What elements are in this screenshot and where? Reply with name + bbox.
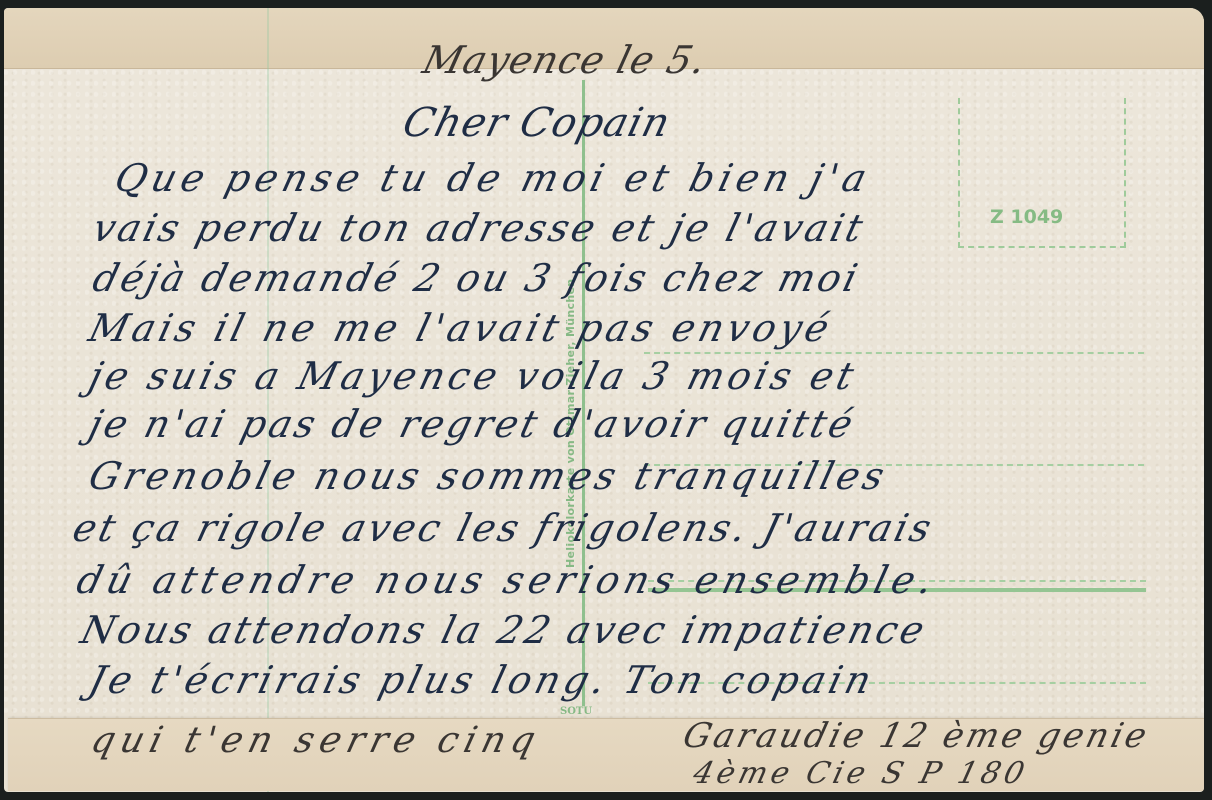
letter-line-9: dû attendre nous serions ensemble.	[73, 558, 943, 602]
letter-line-1: Que pense tu de moi et bien j'a	[111, 156, 877, 200]
signature-name: Garaudie 12 ème genie	[679, 716, 1154, 756]
letter-line-2: vais perdu ton adresse et je l'avait	[89, 206, 871, 250]
letter-line-8: et ça rigole avec les frigolens. J'aurai…	[69, 506, 939, 550]
letter-line-5: je suis a Mayence voila 3 mois et	[85, 354, 863, 398]
letter-line-11: Je t'écrirais plus long. Ton copain	[85, 658, 880, 702]
letter-line-10: Nous attendons la 22 avec impatience	[77, 608, 932, 652]
dateline: Mayence le 5.	[419, 38, 712, 82]
letter-line-6: je n'ai pas de regret d'avoir quitté	[85, 402, 861, 446]
letter-line-12: qui t'en serre cinq	[87, 720, 546, 761]
letter-line-4: Mais il ne me l'avait pas envoyé	[85, 306, 838, 350]
letter-line-3: déjà demandé 2 ou 3 fois chez moi	[89, 256, 865, 300]
salutation: Cher Copain	[398, 100, 675, 146]
letter-line-7: Grenoble nous sommes tranquilles	[85, 454, 893, 498]
stamp-box-code: Z 1049	[990, 206, 1063, 228]
postcard: Heliokolorkarte von Ottmar Zieher, Münch…	[4, 8, 1204, 792]
signature-unit: 4ème Cie S P 180	[690, 756, 1032, 791]
publisher-mark: SOTU	[560, 706, 592, 717]
